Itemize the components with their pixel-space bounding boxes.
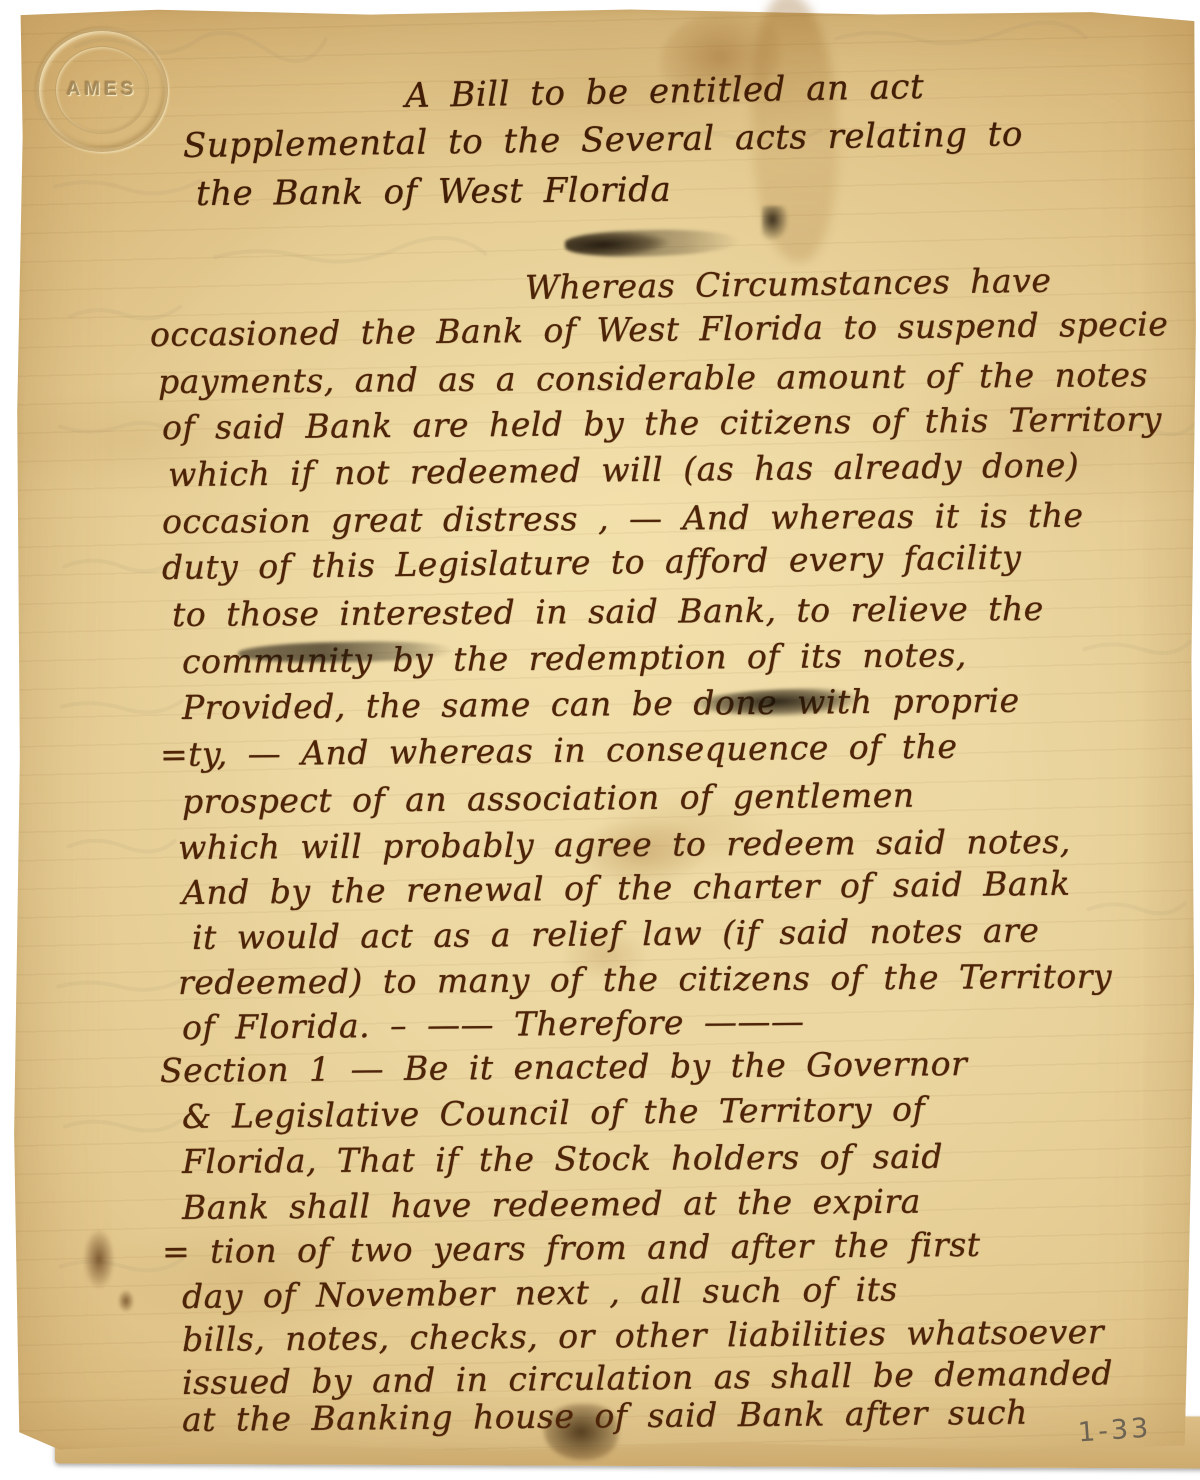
seal-inner-ring: AMES (55, 46, 149, 134)
manuscript-line: bills, notes, checks, or other liabiliti… (182, 1312, 1104, 1359)
manuscript-line: day of November next , all such of its (182, 1270, 898, 1316)
manuscript-line: to those interested in said Bank, to rel… (172, 589, 1044, 634)
manuscript-line: it would act as a relief law (if said no… (192, 911, 1040, 957)
manuscript-line: redeemed) to many of the citizens of the… (178, 956, 1112, 1002)
embossed-stationer-seal: AMES (36, 28, 168, 152)
manuscript-line: occasion great distress , — And whereas … (162, 496, 1084, 541)
manuscript-line: Section 1 — Be it enacted by the Governo… (160, 1044, 968, 1090)
manuscript-line: of Florida. – —— Therefore ——— (182, 1001, 805, 1047)
seal-text: AMES (67, 79, 138, 101)
manuscript-line: community by the redemption of its notes… (182, 635, 967, 681)
manuscript-line: =ty, — And whereas in consequence of the (160, 727, 958, 774)
manuscript-line: prospect of an association of gentlemen (182, 776, 915, 821)
manuscript-line: & Legislative Council of the Territory o… (182, 1089, 926, 1136)
manuscript-line: which will probably agree to redeem said… (178, 822, 1071, 867)
manuscript-line: at the Banking house of said Bank after … (182, 1393, 1028, 1439)
manuscript-line: payments, and as a considerable amount o… (158, 355, 1148, 401)
manuscript-line: Florida, That if the Stock holders of sa… (182, 1137, 943, 1181)
manuscript-line: Bank shall have redeemed at the expira (182, 1182, 921, 1227)
manuscript-line: Whereas Circumstances have (525, 261, 1052, 307)
title-line-3: the Bank of West Florida (196, 170, 672, 214)
manuscript-line: Provided, the same can be done with prop… (182, 681, 1020, 727)
manuscript-line: = tion of two years from and after the f… (162, 1225, 981, 1271)
page-number-annotation: 1-33 (1077, 1412, 1152, 1448)
